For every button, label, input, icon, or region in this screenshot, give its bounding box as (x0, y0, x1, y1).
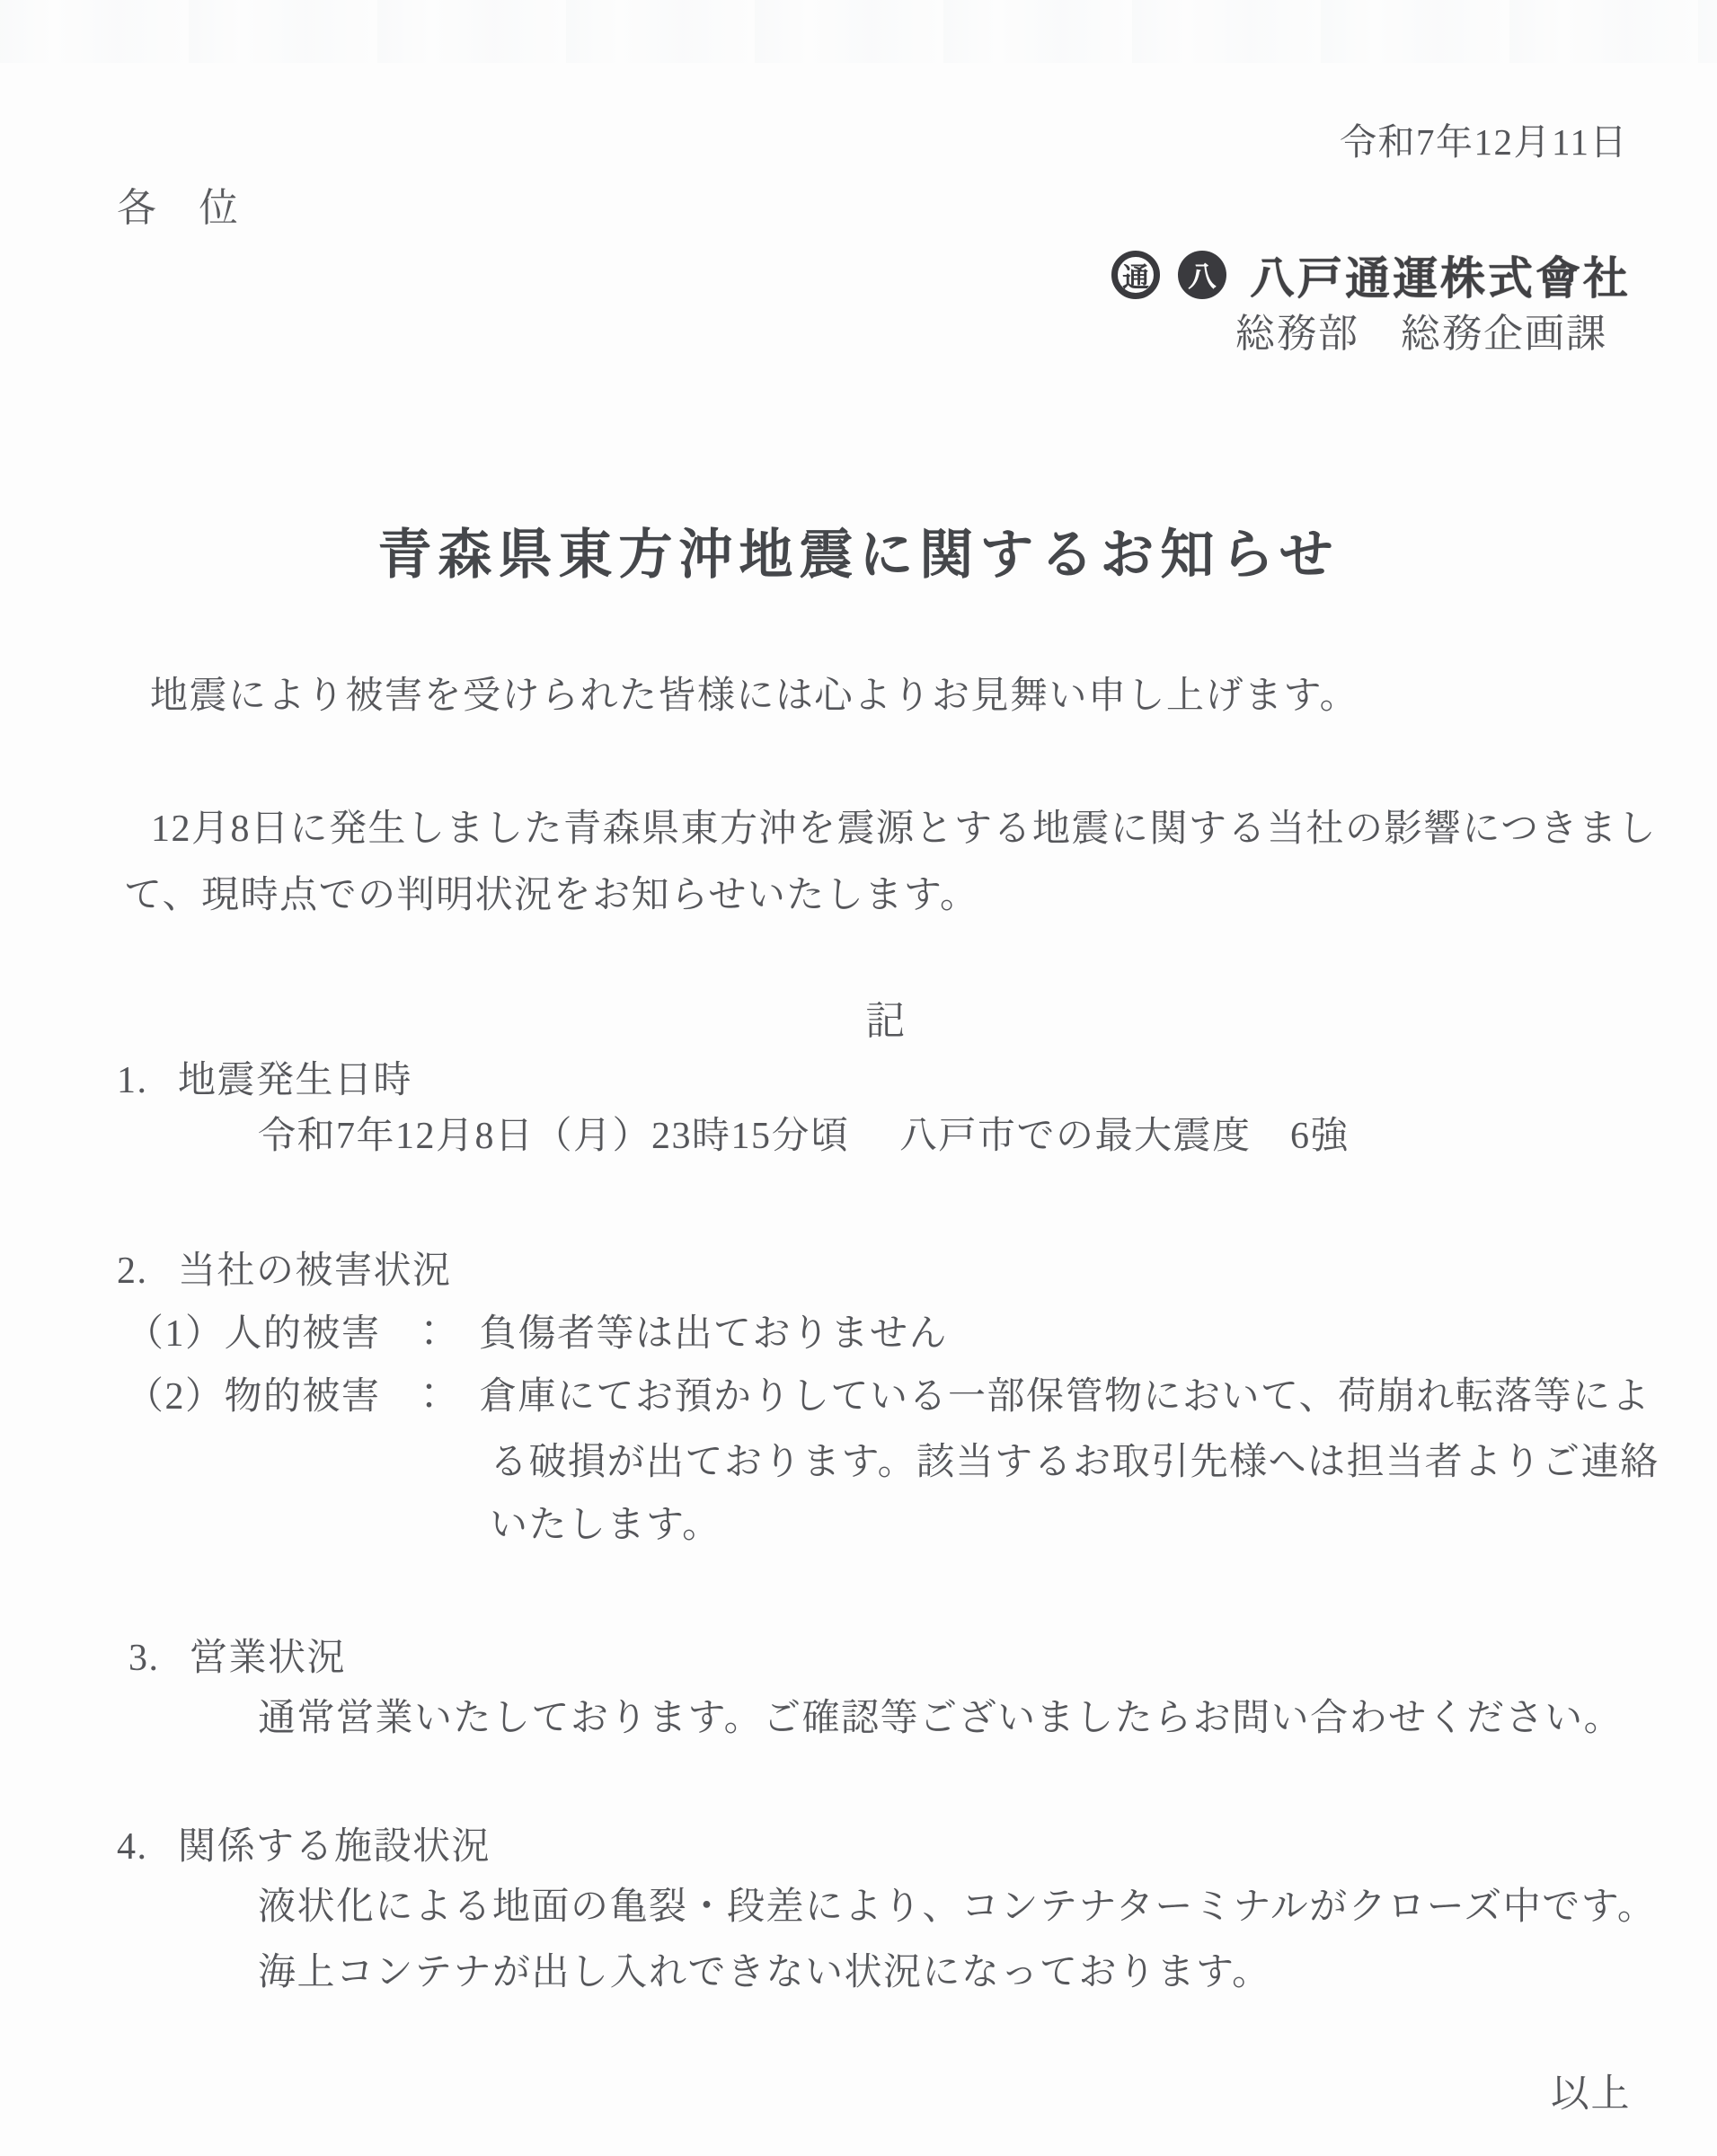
section-3-heading: 3. 営業状況 (128, 1636, 346, 1681)
section-2-heading: 2. 当社の被害状況 (117, 1249, 452, 1294)
section-4-body-line2: 海上コンテナが出し入れできない状況になっております。 (258, 1950, 1271, 1995)
section-3-body: 通常営業いたしております。ご確認等ございましたらお問い合わせください。 (258, 1696, 1623, 1741)
sender-department: 総務部 総務企画課 (1235, 311, 1607, 358)
company-name: 八戸通運株式會社 (1250, 243, 1631, 307)
sender-logo-row: 通 八 八戸通運株式會社 (1111, 243, 1631, 307)
section-2-subitem-2-continuation-1: る破損が出ております。該当するお取引先様へは担当者よりご連絡 (490, 1440, 1659, 1485)
record-marker: 記 (54, 988, 1717, 1046)
section-2-subitem-2: （2）物的被害 ： 倉庫にてお預かりしている一部保管物において、荷崩れ転落等によ (126, 1374, 1651, 1419)
section-1-number: 1. (117, 1058, 178, 1103)
company-seal-tsu-icon: 通 (1111, 251, 1160, 299)
document-date: 令和7年12月11日 (1340, 120, 1628, 164)
document-title: 青森県東方沖地震に関するお知らせ (0, 512, 1717, 589)
section-1-body: 令和7年12月8日（月）23時15分頃 八戸市での最大震度 6強 (258, 1114, 1350, 1159)
section-2-number: 2. (117, 1249, 178, 1294)
section-3-heading-text: 営業状況 (190, 1636, 346, 1681)
section-2-subitem-2-continuation-2: いたします。 (490, 1503, 721, 1548)
document-page: 令和7年12月11日 各 位 通 八 八戸通運株式會社 総務部 総務企画課 青森… (0, 0, 1717, 2156)
section-2-subitem-1: （1）人的被害 ： 負傷者等は出ておりません (126, 1312, 948, 1356)
recipient-label: 各 位 (117, 185, 240, 233)
intro-paragraph-line2: て、現時点での判明状況をお知らせいたします。 (124, 873, 979, 918)
section-4-body-line1: 液状化による地面の亀裂・段差により、コンテナターミナルがクローズ中です。 (258, 1885, 1656, 1930)
scan-artifact-strip (0, 0, 1717, 63)
section-4-heading: 4. 関係する施設状況 (117, 1825, 491, 1869)
closing-marker: 以上 (1551, 2072, 1631, 2118)
section-1-heading: 1. 地震発生日時 (117, 1058, 412, 1103)
section-3-number: 3. (128, 1636, 190, 1681)
section-4-number: 4. (117, 1825, 178, 1869)
greeting-paragraph: 地震により被害を受けられた皆様には心よりお見舞い申し上げます。 (150, 674, 1359, 719)
company-seal-hachi-icon: 八 (1178, 251, 1226, 299)
section-1-heading-text: 地震発生日時 (178, 1058, 412, 1103)
section-2-heading-text: 当社の被害状況 (178, 1249, 452, 1294)
intro-paragraph-line1: 12月8日に発生しました青森県東方沖を震源とする地震に関する当社の影響につきまし (151, 807, 1657, 852)
section-4-heading-text: 関係する施設状況 (178, 1825, 491, 1869)
